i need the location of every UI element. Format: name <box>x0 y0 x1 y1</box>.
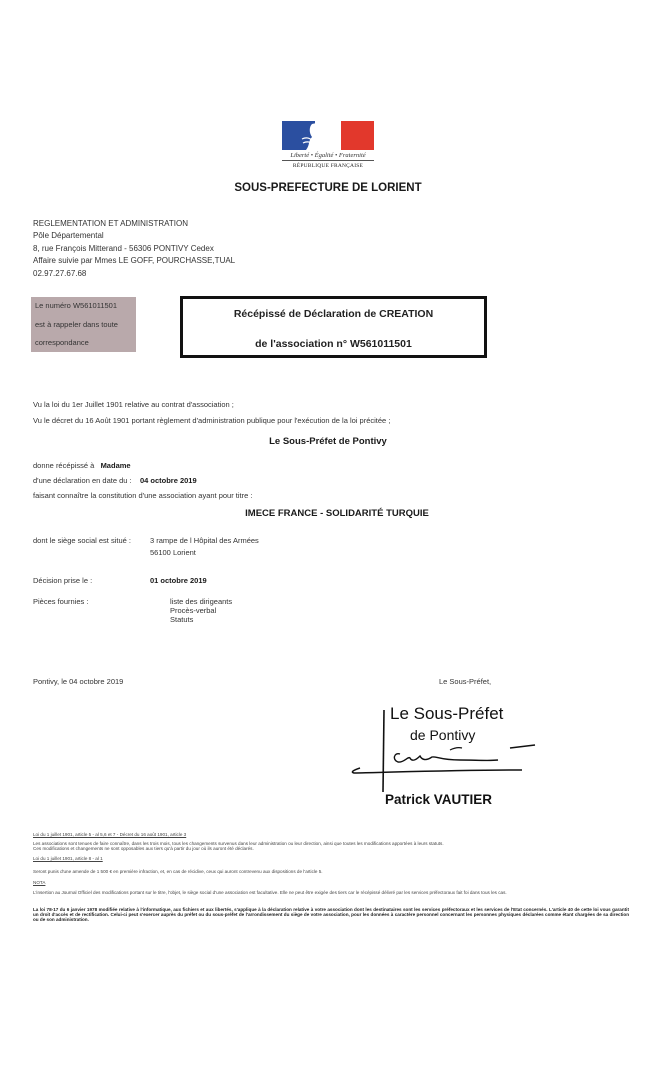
page-title: SOUS-PREFECTURE DE LORIENT <box>0 182 656 194</box>
receipt-title: Récépissé de Déclaration de CREATION <box>183 308 484 320</box>
seat-label: dont le siège social est situé : <box>33 536 131 545</box>
footer-text-1b: Ces modifications et changements ne sont… <box>33 846 629 851</box>
footer-ref-2: Loi du 1 juillet 1901, article 8 - al 1 <box>33 856 629 861</box>
footer-nota-label: NOTA <box>33 880 629 885</box>
declaration-date-line: d'une déclaration en date du : 04 octobr… <box>33 476 197 485</box>
signer-name: Patrick VAUTIER <box>385 792 492 807</box>
service-contacts: Affaire suivie par Mmes LE GOFF, POURCHA… <box>33 255 235 267</box>
documents-list: liste des dirigeants Procès-verbal Statu… <box>170 597 232 624</box>
decision-date: 01 octobre 2019 <box>150 576 207 585</box>
place-date: Pontivy, le 04 octobre 2019 <box>33 677 123 686</box>
document-item: liste des dirigeants <box>170 597 232 606</box>
receipt-title-box: Récépissé de Déclaration de CREATION de … <box>180 296 487 358</box>
declaration-date: 04 octobre 2019 <box>140 476 197 485</box>
signer-label: Le Sous-Préfet, <box>439 677 491 686</box>
reminder-line: est à rappeler dans toute <box>35 316 136 335</box>
reminder-line: Le numéro W561011501 <box>35 297 136 316</box>
seat-address-line-2: 56100 Lorient <box>150 548 196 557</box>
footer-ref-1: Loi du 1 juillet 1901, article 5 - al 5,… <box>33 832 629 837</box>
reference-reminder: Le numéro W561011501 est à rappeler dans… <box>31 297 136 352</box>
legal-basis: Vu la loi du 1er Juillet 1901 relative a… <box>33 397 390 429</box>
association-number: de l'association n° W561011501 <box>183 338 484 350</box>
service-phone: 02.97.27.67.68 <box>33 268 235 280</box>
constitution-line: faisant connaître la constitution d'une … <box>33 491 252 500</box>
footer-cnil-text: La loi 78-17 du 6 janvier 1978 modifiée … <box>33 907 629 923</box>
recipient-label: donne récépissé à <box>33 461 94 470</box>
service-address: REGLEMENTATION ET ADMINISTRATION Pôle Dé… <box>33 218 235 280</box>
service-name: REGLEMENTATION ET ADMINISTRATION <box>33 218 235 230</box>
marianne-profile-icon <box>300 121 340 150</box>
footer-text-2: Seront punis d'une amende de 1 500 € en … <box>33 869 629 874</box>
service-street: 8, rue François Mitterand - 56306 PONTIV… <box>33 243 235 255</box>
seat-address-line-1: 3 rampe de l Hôpital des Armées <box>150 536 259 545</box>
service-pole: Pôle Départemental <box>33 230 235 242</box>
reminder-line: correspondance <box>35 334 136 353</box>
signature-block: Le Sous-Préfet de Pontivy Patrick VAUTIE… <box>340 700 540 815</box>
motto: Liberté • Égalité • Fraternité <box>282 152 374 161</box>
decree-1901: Vu le décret du 16 Août 1901 portant règ… <box>33 413 390 429</box>
footer-nota-text: L'insertion au Journal Officiel des modi… <box>33 890 629 895</box>
declaration-label: d'une déclaration en date du : <box>33 476 132 485</box>
prefet-heading: Le Sous-Préfet de Pontivy <box>0 436 656 447</box>
recipient-value: Madame <box>101 461 131 470</box>
association-name: IMECE FRANCE - SOLIDARITÉ TURQUIE <box>0 508 656 519</box>
documents-label: Pièces fournies : <box>33 597 88 606</box>
republic-label: RÉPUBLIQUE FRANÇAISE <box>282 163 374 169</box>
law-1901: Vu la loi du 1er Juillet 1901 relative a… <box>33 397 390 413</box>
recipient-line: donne récépissé à Madame <box>33 461 131 470</box>
decision-label: Décision prise le : <box>33 576 92 585</box>
document-item: Statuts <box>170 615 232 624</box>
republique-francaise-logo: Liberté • Égalité • Fraternité RÉPUBLIQU… <box>282 121 374 177</box>
document-item: Procès-verbal <box>170 606 232 615</box>
